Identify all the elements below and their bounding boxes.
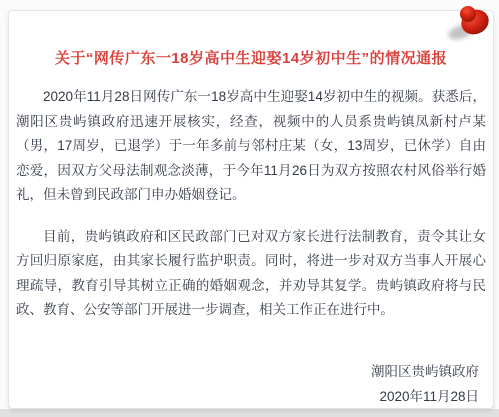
bottom-strip — [0, 409, 499, 417]
red-pushpin-icon — [444, 1, 498, 47]
pushpin-knob — [460, 6, 476, 22]
notice-paragraph-2: 目前，贵屿镇政府和区民政部门已对双方家长进行法制教育，责令其让女方回归原家庭，由… — [16, 225, 486, 323]
signature-date: 2020年11月28日 — [9, 384, 479, 409]
signature-org: 潮阳区贵屿镇政府 — [9, 359, 479, 384]
page-background: 关于“网传广东一18岁高中生迎娶14岁初中生”的情况通报 2020年11月28日… — [0, 0, 499, 417]
notice-title: 关于“网传广东一18岁高中生迎娶14岁初中生”的情况通报 — [21, 47, 481, 68]
notice-card: 关于“网传广东一18岁高中生迎娶14岁初中生”的情况通报 2020年11月28日… — [8, 10, 494, 409]
signature-block: 潮阳区贵屿镇政府 2020年11月28日 — [9, 359, 493, 409]
notice-paragraph-1: 2020年11月28日网传广东一18岁高中生迎娶14岁初中生的视频。获悉后，潮阳… — [16, 85, 486, 208]
